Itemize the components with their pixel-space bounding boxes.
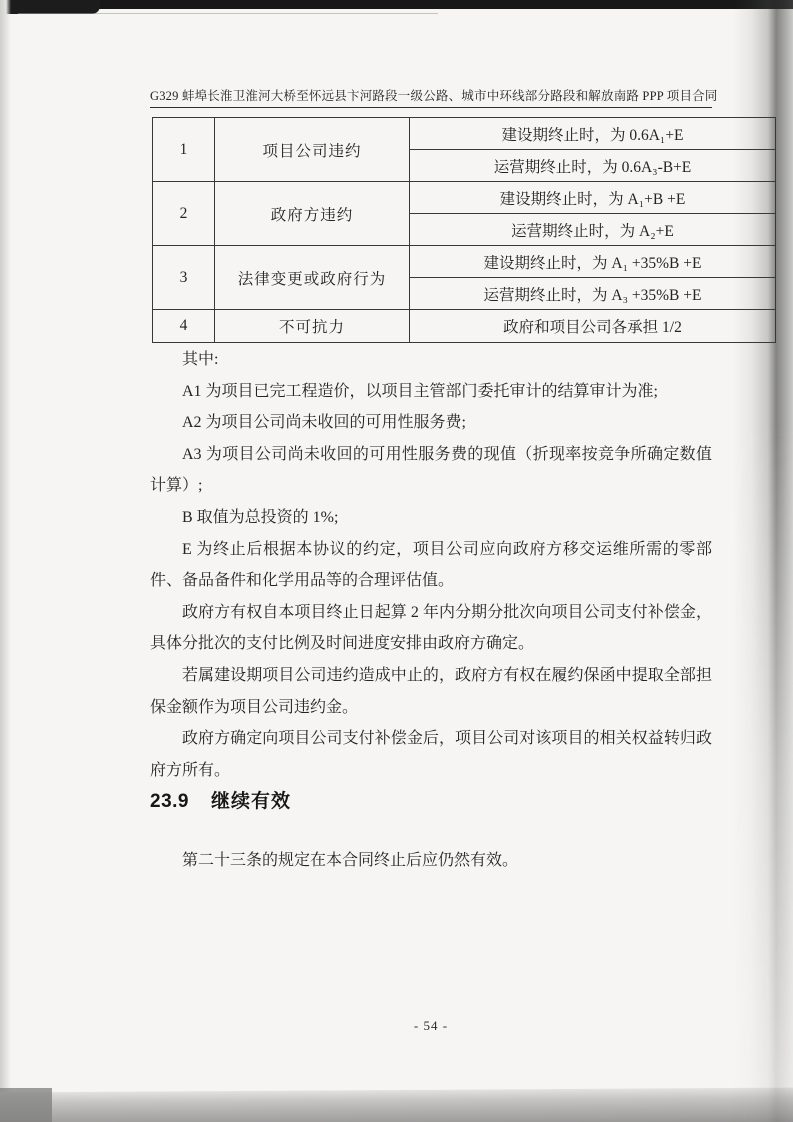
table-row: 3 法律变更或政府行为 建设期终止时，为 A₁ +35%B +E xyxy=(153,246,776,278)
value-cell: 建设期终止时，为 A₁+B +E xyxy=(410,182,776,214)
category-cell: 政府方违约 xyxy=(215,182,410,246)
page-number: - 54 - xyxy=(150,1018,712,1034)
value-cell: 政府和项目公司各承担 1/2 xyxy=(410,310,776,343)
value-cell: 建设期终止时，为 0.6A₁+E xyxy=(410,118,776,150)
document-header-title: G329 蚌埠长淮卫淮河大桥至怀远县卞河路段一级公路、城市中环线部分路段和解放南… xyxy=(150,86,712,108)
compensation-table: 1 项目公司违约 建设期终止时，为 0.6A₁+E 运营期终止时，为 0.6A₃… xyxy=(152,117,776,343)
table-row: 1 项目公司违约 建设期终止时，为 0.6A₁+E xyxy=(153,118,776,150)
paragraph: B 取值为总投资的 1%; xyxy=(150,502,712,534)
value-cell: 建设期终止时，为 A₁ +35%B +E xyxy=(410,246,776,278)
scanned-contract-page: { "page": { "header": "G329 蚌埠长淮卫淮河大桥至怀远… xyxy=(0,0,793,1122)
paragraph: 其中: xyxy=(150,344,712,376)
value-cell: 运营期终止时，为 A₂+E xyxy=(410,214,776,246)
scan-top-left-blob xyxy=(0,0,100,14)
paragraph: 政府方有权自本项目终止日起算 2 年内分期分批次向项目公司支付补偿金，具体分批次… xyxy=(150,597,712,660)
section-body-block: 第二十三条的规定在本合同终止后应仍然有效。 xyxy=(150,845,712,877)
row-number-cell: 1 xyxy=(153,118,215,182)
section-heading: 23.9继续有效 xyxy=(150,786,712,813)
paragraph: A2 为项目公司尚未收回的可用性服务费; xyxy=(150,407,712,439)
value-cell: 运营期终止时，为 A₃ +35%B +E xyxy=(410,278,776,310)
scan-bottom-left-dark-corner xyxy=(0,1088,52,1122)
category-cell: 不可抗力 xyxy=(215,310,410,343)
body-text-block: 其中: A1 为项目已完工程造价，以项目主管部门委托审计的结算审计为准; A2 … xyxy=(150,344,712,786)
scan-top-thin-line xyxy=(18,13,438,14)
value-cell: 运营期终止时，为 0.6A₃-B+E xyxy=(410,150,776,182)
section-number: 23.9 xyxy=(150,791,189,812)
scan-top-black-band xyxy=(0,0,793,9)
section-title: 继续有效 xyxy=(211,791,291,812)
row-number-cell: 2 xyxy=(153,182,215,246)
scan-bottom-gray-band xyxy=(0,1088,793,1122)
paragraph: E 为终止后根据本协议的约定，项目公司应向政府方移交运维所需的零部件、备品备件和… xyxy=(150,534,712,597)
paragraph: A1 为项目已完工程造价，以项目主管部门委托审计的结算审计为准; xyxy=(150,376,712,408)
paragraph: A3 为项目公司尚未收回的可用性服务费的现值（折现率按竞争所确定数值计算）; xyxy=(150,439,712,502)
category-cell: 法律变更或政府行为 xyxy=(215,246,410,310)
scan-left-edge-strip xyxy=(0,0,11,1122)
paragraph: 若属建设期项目公司违约造成中止的，政府方有权在履约保函中提取全部担保金额作为项目… xyxy=(150,660,712,723)
row-number-cell: 3 xyxy=(153,246,215,310)
paragraph: 第二十三条的规定在本合同终止后应仍然有效。 xyxy=(150,845,712,877)
paragraph: 政府方确定向项目公司支付补偿金后，项目公司对该项目的相关权益转归政府方所有。 xyxy=(150,723,712,786)
row-number-cell: 4 xyxy=(153,310,215,343)
table-row: 2 政府方违约 建设期终止时，为 A₁+B +E xyxy=(153,182,776,214)
category-cell: 项目公司违约 xyxy=(215,118,410,182)
table-row: 4 不可抗力 政府和项目公司各承担 1/2 xyxy=(153,310,776,343)
